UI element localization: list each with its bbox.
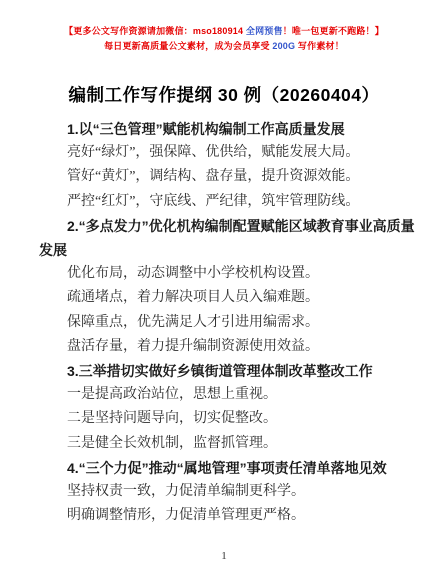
paragraph: 1.以“三色管理”赋能机构编制工作高质量发展 xyxy=(39,117,409,141)
page-number: 1 xyxy=(0,550,448,562)
promo-line1-suffix: ！唯一包更新不跑路！】 xyxy=(283,26,384,36)
paragraph: 一是提高政治站位，思想上重视。 xyxy=(39,383,409,407)
paragraph: 发展 xyxy=(39,238,409,262)
paragraph: 疏通堵点，着力解决项目人员入编难题。 xyxy=(39,286,409,310)
promo-line2-highlight: 200G xyxy=(272,41,295,51)
paragraph: 坚持权责一致，力促清单编制更科学。 xyxy=(39,480,409,504)
document-body: 1.以“三色管理”赋能机构编制工作高质量发展亮好“绿灯”，强保障、优供给，赋能发… xyxy=(39,117,409,528)
promo-line-2: 每日更新高质量公文素材，成为会员享受 200G 写作素材！ xyxy=(39,39,409,54)
paragraph: 盘活存量，着力提升编制资源使用效益。 xyxy=(39,335,409,359)
paragraph: 亮好“绿灯”，强保障、优供给，赋能发展大局。 xyxy=(39,141,409,165)
paragraph: 三是健全长效机制，监督抓管理。 xyxy=(39,432,409,456)
paragraph: 严控“红灯”，守底线、严纪律，筑牢管理防线。 xyxy=(39,190,409,214)
promo-line-1: 【更多公文写作资源请加微信：mso180914 全网预售！唯一包更新不跑路！】 xyxy=(39,24,409,39)
promo-line1-highlight: 全网预售 xyxy=(246,26,283,36)
paragraph: 保障重点，优先满足人才引进用编需求。 xyxy=(39,311,409,335)
document-page: 【更多公文写作资源请加微信：mso180914 全网预售！唯一包更新不跑路！】 … xyxy=(0,0,448,580)
paragraph: 优化布局，动态调整中小学校机构设置。 xyxy=(39,262,409,286)
promo-banner: 【更多公文写作资源请加微信：mso180914 全网预售！唯一包更新不跑路！】 … xyxy=(39,24,409,54)
promo-line2-prefix: 每日更新高质量公文素材，成为会员享受 xyxy=(104,41,272,51)
paragraph: 二是坚持问题导向，切实促整改。 xyxy=(39,407,409,431)
promo-line2-suffix: 写作素材！ xyxy=(295,41,344,51)
paragraph: 明确调整情形，力促清单管理更严格。 xyxy=(39,504,409,528)
paragraph: 管好“黄灯”，调结构、盘存量，提升资源效能。 xyxy=(39,165,409,189)
paragraph: 2.“多点发力”优化机构编制配置赋能区域教育事业高质量 xyxy=(39,214,409,238)
document-title: 编制工作写作提纲 30 例（20260404） xyxy=(39,82,409,107)
paragraph: 4.“三个力促”推动“属地管理”事项责任清单落地见效 xyxy=(39,456,409,480)
paragraph: 3.三举措切实做好乡镇街道管理体制改革整改工作 xyxy=(39,359,409,383)
promo-line1-prefix: 【更多公文写作资源请加微信：mso180914 xyxy=(64,26,246,36)
